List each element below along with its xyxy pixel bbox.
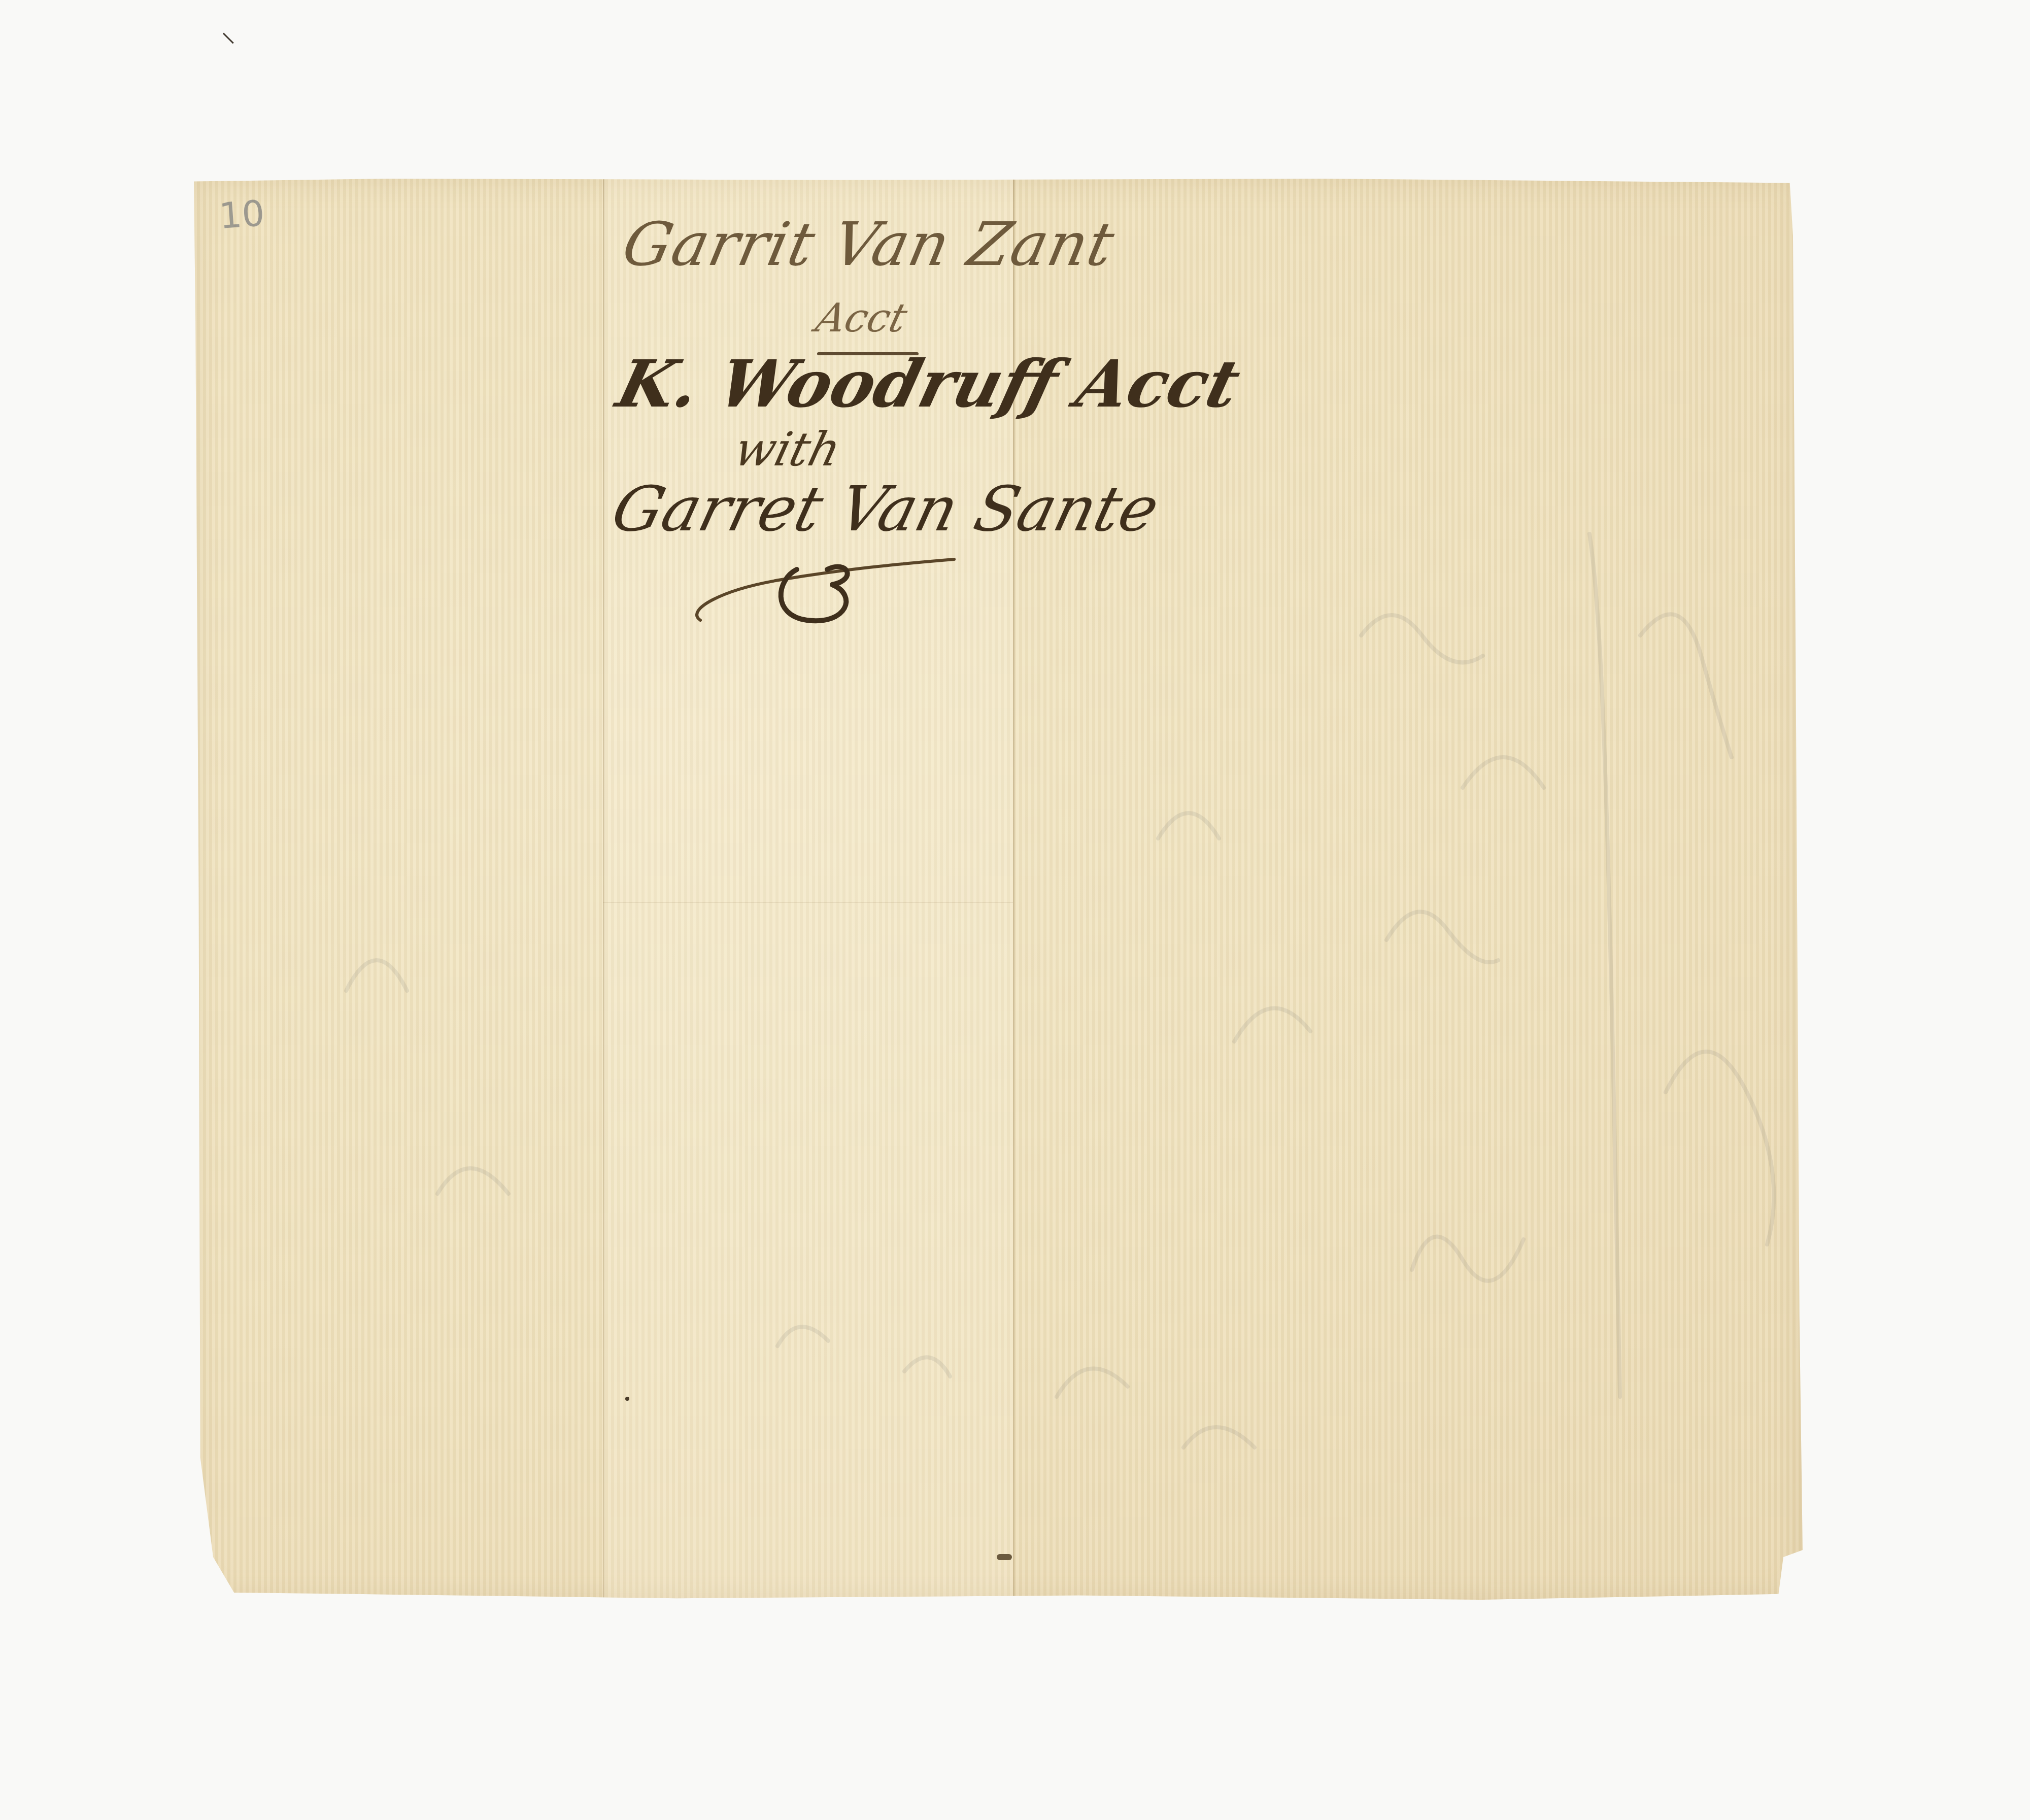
ink-blot (997, 1554, 1012, 1560)
horizontal-crease (603, 902, 1013, 903)
pencil-page-number: 10 (218, 192, 266, 237)
docket-line-van-sante: Garret Van Sante (605, 473, 1166, 545)
docket-line-name: Garrit Van Zant (617, 209, 1121, 279)
ink-dot (625, 1397, 629, 1401)
paper-sheet: 10 Garrit Van Zant Acc (194, 179, 1803, 1600)
docket-line-with: with (729, 422, 847, 477)
scan-canvas: 10 Garrit Van Zant Acc (0, 0, 2030, 1820)
docket-line-acct: Acct (811, 295, 911, 341)
docket-line-woodruff: K. Woodruff Acct (610, 346, 1247, 422)
paraph-flourish-icon (680, 549, 964, 630)
stray-mark (223, 32, 234, 44)
docket-text-block: Garrit Van Zant Acct K. Woodruff Acct wi… (604, 199, 1013, 605)
